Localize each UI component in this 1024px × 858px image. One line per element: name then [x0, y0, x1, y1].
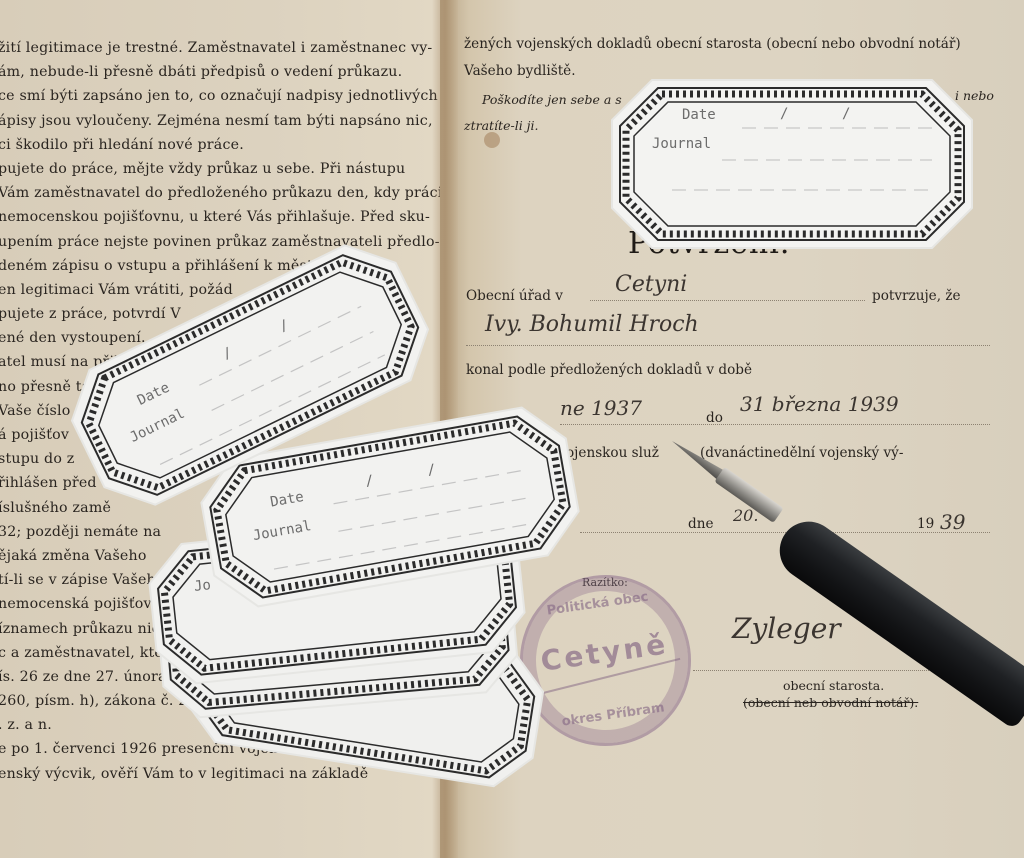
- handwritten-signature: Zyleger: [732, 612, 841, 645]
- right-italic-line: Poškodíte jen sebe a s: [482, 92, 622, 107]
- handwritten-town: Cetyni: [615, 272, 687, 297]
- office-suffix: potvrzuje, že: [872, 288, 961, 304]
- service-text-2: (dvanáctinedělní vojenský vý-: [700, 445, 903, 461]
- label-slash: /: [780, 106, 788, 122]
- photo-scene: žití legitimace je trestné. Zaměstnavate…: [0, 0, 1024, 858]
- text-line: pujete do práce, mějte vždy průkaz u seb…: [0, 157, 443, 181]
- label-sticker: Date Journal / /: [612, 80, 972, 248]
- year-prefix: 19: [917, 516, 934, 532]
- handwritten-year: 39: [940, 510, 965, 534]
- date-label: dne: [688, 516, 714, 532]
- label-journal-text: Journal: [652, 136, 711, 152]
- text-line: ám, nebude-li přesně dbáti předpisů o ve…: [0, 60, 443, 84]
- dotted-line: [466, 345, 990, 346]
- stain-spot: [484, 132, 500, 148]
- octagon-frame-icon: [612, 80, 972, 248]
- dotted-line: [590, 300, 865, 301]
- label-journal-text: Jo: [193, 577, 211, 595]
- text-line: žití legitimace je trestné. Zaměstnavate…: [0, 36, 443, 60]
- handwritten-name: Ivy. Bohumil Hroch: [485, 312, 699, 337]
- office-prefix: Obecní úřad v: [466, 288, 563, 304]
- text-line: nemocenskou pojišťovnu, u které Vás přih…: [0, 205, 443, 229]
- text-line: ápisy jsou vyloučeny. Zejména nesmí tam …: [0, 109, 443, 133]
- text-line: ce smí býti zapsáno jen to, co označují …: [0, 84, 443, 108]
- right-text-line: žených vojenských dokladů obecní starost…: [464, 36, 961, 52]
- right-italic-line: ztratíte-li ji.: [464, 118, 539, 133]
- notary-title: (obecní neb obvodní notář).: [743, 695, 918, 710]
- text-line: Vám zaměstnavatel do předloženého průkaz…: [0, 181, 443, 205]
- label-slash: /: [842, 106, 850, 122]
- dotted-line: [560, 424, 990, 425]
- service-text: ojenskou služ: [566, 445, 659, 461]
- mayor-title: obecní starosta.: [783, 678, 884, 693]
- label-date-text: Date: [682, 107, 716, 123]
- text-line: ci škodilo při hledání nové práce.: [0, 133, 443, 157]
- right-text-line: Vašeho bydliště.: [464, 63, 576, 79]
- handwritten-from-date: ne 1937: [560, 396, 642, 420]
- service-period-text: konal podle předložených dokladů v době: [466, 362, 752, 378]
- handwritten-to-date: 31 března 1939: [740, 392, 899, 416]
